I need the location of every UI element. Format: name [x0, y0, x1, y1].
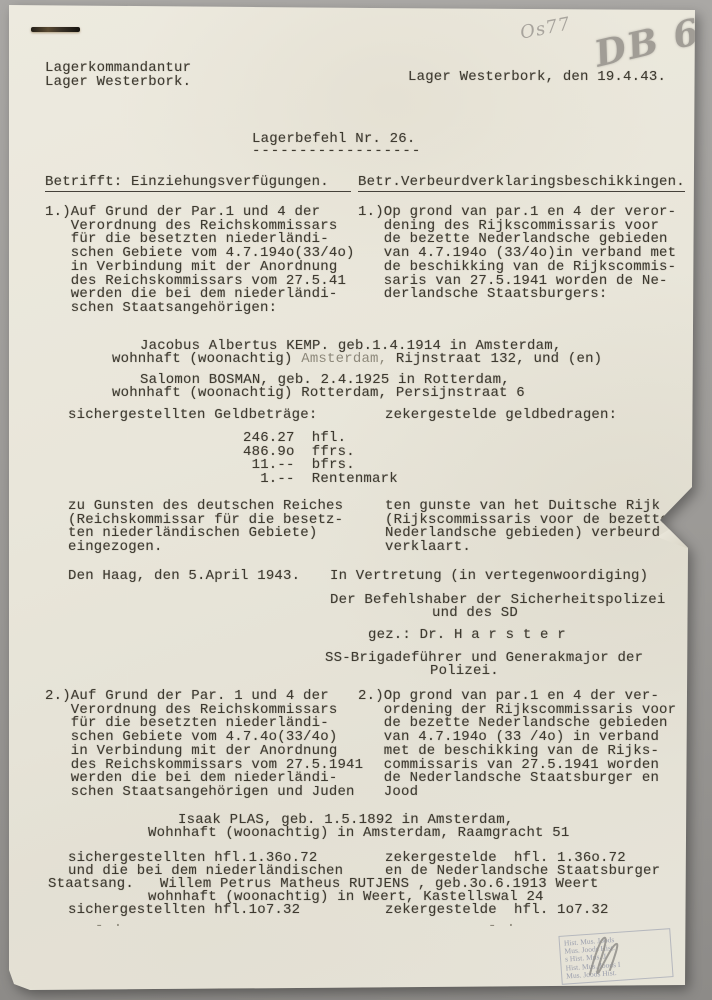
secured-amount2-de: sichergestellten hfl.1o7.32	[68, 904, 300, 918]
amounts-label-de: sichergestellten Geldbeträge:	[68, 409, 317, 423]
stray-typewriter-mark-left: - ·	[95, 918, 123, 934]
kemp-line2-part1: wohnhaft (woonachtig)	[112, 351, 301, 367]
place-date: Den Haag, den 5.April 1943.	[68, 570, 300, 584]
person-plas-line2: Wohnhaft (woonachtig) in Amsterdam, Raam…	[148, 827, 569, 841]
subject-de: Betrifft: Einziehungsverfügungen.	[45, 176, 351, 192]
document-paper: Os77 DB 6 Lagerkommandantur Lager Wester…	[0, 0, 712, 1000]
clause1-dutch: 1.)Op grond van par.1 en 4 der veror- de…	[358, 206, 676, 302]
secured-amount2-nl: zekergestelde hfl. 1o7.32	[385, 904, 609, 918]
clause2-dutch: 2.)Op grond van par.1 en 4 der ver- orde…	[358, 690, 676, 800]
signed-name: gez.: Dr. H a r s t e r	[368, 629, 566, 643]
confiscation-german: zu Gunsten des deutschen Reiches (Reichs…	[68, 500, 343, 555]
clause2-german: 2.)Auf Grund der Par. 1 und 4 der Verord…	[45, 690, 363, 800]
amounts-list: 246.27 hfl. 486.9o ffrs. 11.-- bfrs. 1.-…	[243, 432, 398, 487]
pencil-annotation-large: DB 6	[591, 10, 705, 75]
order-title-underline: ------------------	[252, 145, 421, 159]
pencil-squiggle-mark	[576, 930, 636, 986]
subject-nl: Betr.Verbeurdverklaringsbeschikkingen.	[358, 176, 685, 192]
sender-org-line2: Lager Westerbork.	[45, 76, 191, 90]
representation-line: In Vertretung (in vertegenwoordiging)	[330, 570, 648, 584]
pencil-annotation-small: Os77	[518, 13, 572, 43]
amounts-label-nl: zekergestelde geldbedragen:	[385, 409, 617, 423]
commander-line2: und des SD	[432, 607, 518, 621]
dateline: Lager Westerbork, den 19.4.43.	[408, 71, 666, 85]
staple-mark	[31, 27, 80, 32]
rank-line2: Polizei.	[430, 665, 499, 679]
clause1-german: 1.)Auf Grund der Par.1 und 4 der Verordn…	[45, 206, 355, 316]
kemp-line2-faded-text: Amsterdam,	[301, 351, 387, 367]
photo-backdrop: Os77 DB 6 Lagerkommandantur Lager Wester…	[0, 0, 712, 1000]
stray-typewriter-mark-right: - ·	[488, 918, 516, 934]
confiscation-dutch: ten gunste van het Duitsche Rijk (Rijksc…	[385, 500, 669, 555]
person-kemp-line2: wohnhaft (woonachtig) Amsterdam, Rijnstr…	[112, 353, 602, 367]
person-bosman-line2: wohnhaft (woonachtig) Rotterdam, Persijn…	[112, 387, 525, 401]
kemp-line2-part2: Rijnstraat 132, und (en)	[387, 351, 602, 367]
document-paper-wrap: Os77 DB 6 Lagerkommandantur Lager Wester…	[0, 0, 712, 1000]
